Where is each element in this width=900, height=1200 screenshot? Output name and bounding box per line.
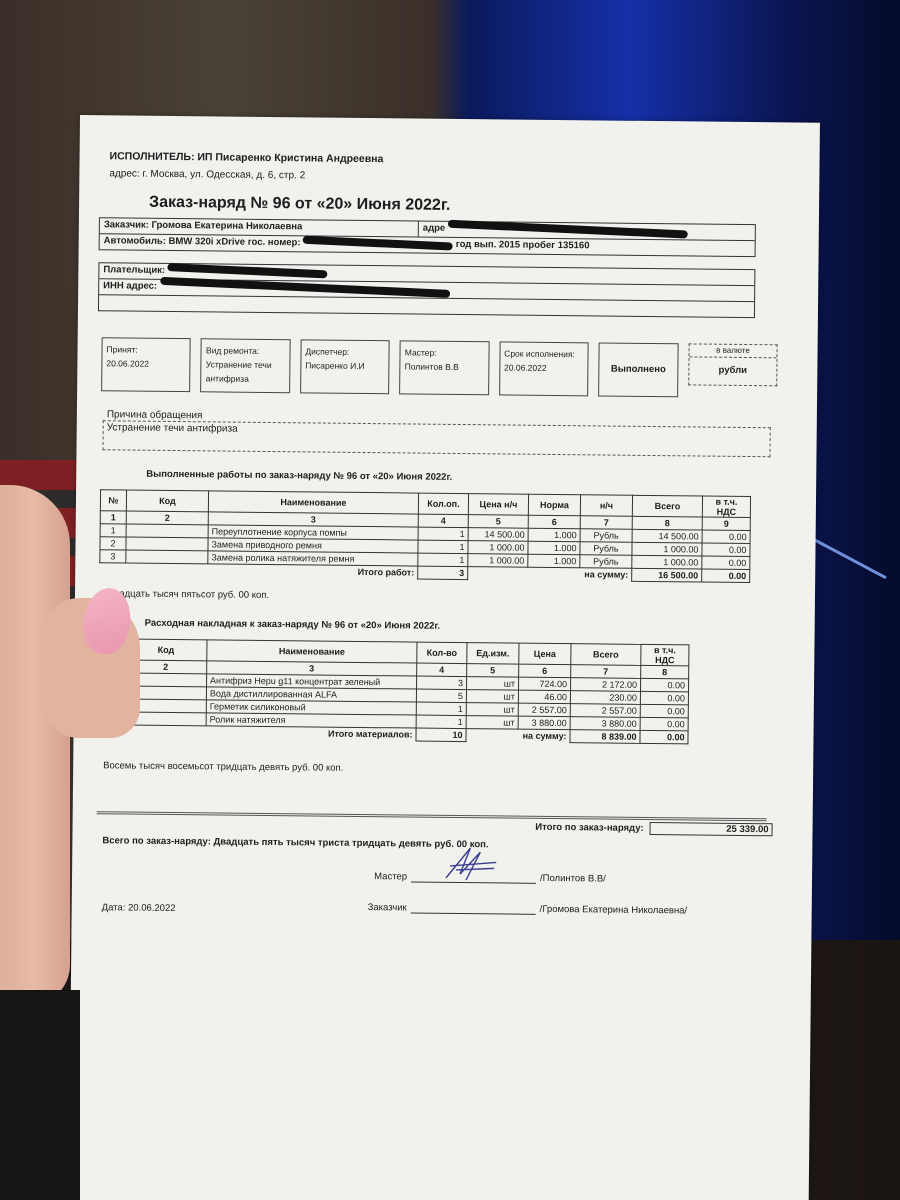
column-header: Кол.оп. (418, 493, 468, 515)
master-name: /Полинтов В.В/ (536, 873, 606, 885)
row-qty: 3 (417, 676, 467, 690)
order-info-cards: Принят: 20.06.2022 Вид ремонта: Устранен… (101, 337, 778, 398)
row-price: 2 557.00 (518, 703, 570, 717)
grand-total-label: Итого по заказ-наряду: (535, 822, 643, 834)
column-index: 6 (528, 515, 580, 529)
executor-address: адрес: г. Москва, ул. Одесская, д. 6, ст… (109, 168, 779, 186)
column-header: Всего (571, 644, 641, 666)
materials-sum-vat: 0.00 (640, 730, 688, 744)
work-order-document: ИСПОЛНИТЕЛЬ: ИП Писаренко Кристина Андре… (69, 115, 820, 1200)
works-sum-vat: 0.00 (702, 569, 750, 583)
grand-total-value: 25 339.00 (649, 822, 772, 836)
column-header: Наименование (208, 491, 418, 514)
column-index: 7 (571, 665, 641, 679)
row-vat: 0.00 (640, 691, 688, 705)
row-qty: 1 (418, 527, 468, 541)
materials-total-label: Итого материалов: (98, 725, 416, 741)
row-total: 3 880.00 (570, 717, 640, 731)
row-qty: 5 (416, 689, 466, 703)
redaction-mark (448, 220, 688, 239)
row-number: 2 (100, 537, 126, 550)
row-price: 14 500.00 (468, 528, 528, 542)
row-price: 1 000.00 (468, 554, 528, 568)
materials-total-qty: 10 (416, 728, 466, 742)
column-index: 8 (641, 665, 689, 679)
redaction-mark (303, 236, 453, 251)
column-index: 5 (468, 515, 528, 529)
column-index: 6 (519, 664, 571, 678)
black-sleeve (0, 990, 80, 1200)
row-vat: 0.00 (640, 717, 688, 731)
row-norm: 1.000 (528, 554, 580, 568)
works-total-qty: 3 (418, 566, 468, 580)
document-title: Заказ-наряд № 96 от «20» Июня 2022г. (149, 194, 779, 219)
materials-sum-label: на сумму: (466, 729, 570, 743)
column-header: Цена н/ч (468, 494, 528, 516)
row-vat: 0.00 (640, 704, 688, 718)
row-unit: шт (466, 716, 518, 730)
row-code (126, 550, 208, 564)
dispatcher-card: Диспетчер: Писаренко И.И (300, 339, 390, 394)
master-signature-line (411, 868, 536, 884)
column-header: Цена (519, 643, 571, 665)
customer-name-signature: /Громова Екатерина Николаевна/ (536, 904, 687, 917)
row-total: 1 000.00 (632, 542, 702, 556)
customer-signature-row: Заказчик /Громова Екатерина Николаевна/ (102, 895, 772, 917)
column-header: Наименование (207, 640, 417, 663)
materials-title: Расходная накладная к заказ-наряду № 96 … (145, 618, 775, 636)
column-header: Кол-во (417, 642, 467, 664)
master-signature-row: Мастер /Полинтов В.В/ (102, 864, 772, 886)
row-total: 2 557.00 (570, 704, 640, 718)
column-index: 4 (417, 663, 467, 677)
status-badge: Выполнено (598, 342, 678, 397)
row-vat: 0.00 (702, 556, 750, 570)
row-qty: 1 (418, 553, 468, 567)
row-norm: 1.000 (528, 528, 580, 542)
row-qty: 1 (416, 702, 466, 716)
works-sum-total: 16 500.00 (632, 568, 702, 582)
row-unit: шт (466, 703, 518, 717)
column-header: в т.ч. НДС (702, 496, 750, 518)
works-sum-words: стнадцать тысяч пятьсот руб. 00 коп. (105, 588, 775, 606)
column-index: 4 (418, 514, 468, 528)
works-title: Выполненные работы по заказ-наряду № 96 … (146, 469, 776, 487)
row-vat: 0.00 (702, 543, 750, 557)
row-number: 1 (100, 524, 126, 537)
column-header: № (100, 490, 126, 511)
row-total: 1 000.00 (632, 555, 702, 569)
materials-sum-words: Восемь тысяч восемьсот тридцать девять р… (103, 760, 773, 778)
column-header: Всего (632, 495, 702, 517)
column-header: в т.ч. НДС (641, 644, 689, 666)
row-unit: шт (466, 690, 518, 704)
payer-info-box: Плательщик: ИНН адрес: (98, 262, 755, 318)
master-signature-label: Мастер (102, 868, 411, 882)
works-total-label: Итого работ: (100, 563, 418, 579)
master-card: Мастер: Полинтов В.В (399, 340, 489, 395)
row-total: 230.00 (570, 691, 640, 705)
deadline-card: Срок исполнения: 20.06.2022 (499, 341, 589, 396)
row-vat: 0.00 (640, 678, 688, 692)
executor-name: ИСПОЛНИТЕЛЬ: ИП Писаренко Кристина Андре… (110, 150, 780, 169)
row-qty: 1 (418, 540, 468, 554)
redaction-mark (168, 264, 328, 279)
row-total: 14 500.00 (632, 529, 702, 543)
materials-sum-total: 8 839.00 (570, 730, 640, 744)
column-index: 7 (580, 516, 632, 530)
row-unit: Рубль (580, 529, 632, 543)
works-table: №КодНаименованиеКол.оп.Цена н/чНорман/чВ… (99, 489, 751, 583)
handwritten-signature-icon (436, 844, 516, 885)
column-index: 8 (632, 516, 702, 530)
currency-box: в валюте рубли (688, 343, 778, 386)
row-number: 3 (100, 550, 126, 563)
column-index: 2 (126, 511, 208, 525)
row-unit: шт (467, 677, 519, 691)
row-price: 46.00 (518, 690, 570, 704)
reason-text: Устранение течи антифриза (102, 420, 770, 457)
column-header: Норма (528, 494, 580, 516)
works-sum-label: на сумму: (468, 567, 632, 582)
accepted-card: Принят: 20.06.2022 (101, 337, 191, 392)
row-price: 724.00 (519, 677, 571, 691)
row-price: 1 000.00 (468, 541, 528, 555)
column-index: 5 (467, 664, 519, 678)
column-index: 1 (100, 511, 126, 524)
column-header: Код (126, 490, 208, 512)
row-unit: Рубль (580, 555, 632, 569)
customer-signature-line (411, 899, 536, 915)
row-code (126, 524, 208, 538)
column-header: н/ч (580, 495, 632, 517)
client-info-box: Заказчик: Громова Екатерина Николаевна а… (99, 217, 756, 257)
materials-table: КодНаименованиеКол-воЕд.изм.ЦенаВсегов т… (97, 638, 689, 744)
row-total: 2 172.00 (570, 678, 640, 692)
row-code (126, 537, 208, 551)
hand-holding-paper (0, 485, 70, 1005)
column-index: 9 (702, 517, 750, 531)
row-vat: 0.00 (702, 530, 750, 544)
row-qty: 1 (416, 715, 466, 729)
row-price: 3 880.00 (518, 716, 570, 730)
column-header: Ед.изм. (467, 643, 519, 665)
row-norm: 1.000 (528, 541, 580, 555)
repair-type-card: Вид ремонта: Устранение течи антифриза (201, 338, 291, 393)
document-date: Дата: 20.06.2022 (102, 902, 176, 914)
row-unit: Рубль (580, 542, 632, 556)
